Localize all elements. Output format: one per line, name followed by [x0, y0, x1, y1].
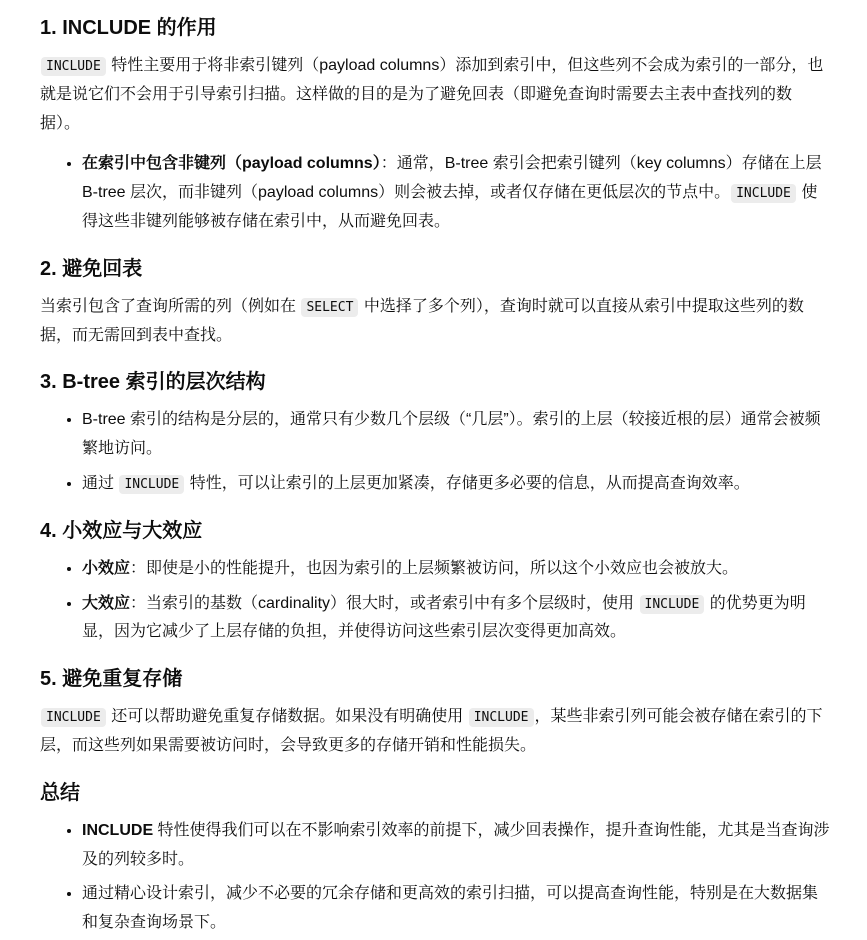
inline-code: SELECT [301, 298, 358, 317]
inline-code: INCLUDE [41, 708, 106, 727]
list-item: INCLUDE 特性使得我们可以在不影响索引效率的前提下，减少回表操作，提升查询… [82, 817, 830, 875]
document: 1. INCLUDE 的作用 INCLUDE 特性主要用于将非索引键列（payl… [0, 0, 867, 940]
paragraph: INCLUDE 特性主要用于将非索引键列（payload columns）添加到… [40, 52, 830, 138]
section-heading: 1. INCLUDE 的作用 [40, 14, 830, 42]
section-avoid-table-lookup: 2. 避免回表 当索引包含了查询所需的列（例如在 SELECT 中选择了多个列）… [40, 255, 830, 351]
text-run: 特性主要用于将非索引键列（payload columns）添加到索引中，但这些列… [40, 57, 823, 132]
section-avoid-duplicate-storage: 5. 避免重复存储 INCLUDE 还可以帮助避免重复存储数据。如果没有明确使用… [40, 665, 830, 761]
text-run: 特性，可以让索引的上层更加紧凑，存储更多必要的信息，从而提高查询效率。 [185, 475, 749, 492]
list-item: 通过精心设计索引，减少不必要的冗余存储和更高效的索引扫描，可以提高查询性能，特别… [82, 880, 830, 938]
list-item: 通过 INCLUDE 特性，可以让索引的上层更加紧凑，存储更多必要的信息，从而提… [82, 470, 830, 499]
bold-text: 大效应 [82, 595, 130, 612]
section-include-purpose: 1. INCLUDE 的作用 INCLUDE 特性主要用于将非索引键列（payl… [40, 14, 830, 237]
paragraph: 当索引包含了查询所需的列（例如在 SELECT 中选择了多个列），查询时就可以直… [40, 293, 830, 351]
text-run: 还可以帮助避免重复存储数据。如果没有明确使用 [107, 708, 468, 725]
inline-code: INCLUDE [640, 595, 705, 614]
section-summary: 总结 INCLUDE 特性使得我们可以在不影响索引效率的前提下，减少回表操作，提… [40, 779, 830, 938]
bullet-list: 小效应：即使是小的性能提升，也因为索引的上层频繁被访问，所以这个小效应也会被放大… [40, 555, 830, 647]
bullet-list: 在索引中包含非键列（payload columns）：通常，B-tree 索引会… [40, 150, 830, 236]
section-heading: 3. B-tree 索引的层次结构 [40, 368, 830, 396]
text-run: 通过 [82, 475, 118, 492]
text-run: ：即使是小的性能提升，也因为索引的上层频繁被访问，所以这个小效应也会被放大。 [130, 560, 738, 577]
inline-code: INCLUDE [41, 57, 106, 76]
paragraph: INCLUDE 还可以帮助避免重复存储数据。如果没有明确使用 INCLUDE，某… [40, 703, 830, 761]
section-heading: 4. 小效应与大效应 [40, 517, 830, 545]
text-run: ：当索引的基数（cardinality）很大时，或者索引中有多个层级时，使用 [130, 595, 638, 612]
section-heading: 总结 [40, 779, 830, 807]
list-item: 在索引中包含非键列（payload columns）：通常，B-tree 索引会… [82, 150, 830, 236]
text-run: 当索引包含了查询所需的列（例如在 [40, 298, 300, 315]
inline-code: INCLUDE [119, 475, 184, 494]
inline-code: INCLUDE [469, 708, 534, 727]
section-heading: 2. 避免回表 [40, 255, 830, 283]
text-run: B-tree 索引的结构是分层的，通常只有少数几个层级（“几层”）。索引的上层（… [82, 411, 821, 457]
section-small-and-big-effect: 4. 小效应与大效应 小效应：即使是小的性能提升，也因为索引的上层频繁被访问，所… [40, 517, 830, 647]
list-item: 小效应：即使是小的性能提升，也因为索引的上层频繁被访问，所以这个小效应也会被放大… [82, 555, 830, 584]
inline-code: INCLUDE [731, 184, 796, 203]
bullet-list: INCLUDE 特性使得我们可以在不影响索引效率的前提下，减少回表操作，提升查询… [40, 817, 830, 938]
list-item: B-tree 索引的结构是分层的，通常只有少数几个层级（“几层”）。索引的上层（… [82, 406, 830, 464]
text-run: 特性使得我们可以在不影响索引效率的前提下，减少回表操作，提升查询性能，尤其是当查… [82, 822, 830, 868]
bold-text: 在索引中包含非键列（payload columns） [82, 155, 381, 172]
section-heading: 5. 避免重复存储 [40, 665, 830, 693]
list-item: 大效应：当索引的基数（cardinality）很大时，或者索引中有多个层级时，使… [82, 590, 830, 648]
bold-text: 小效应 [82, 560, 130, 577]
bullet-list: B-tree 索引的结构是分层的，通常只有少数几个层级（“几层”）。索引的上层（… [40, 406, 830, 498]
text-run: 通过精心设计索引，减少不必要的冗余存储和更高效的索引扫描，可以提高查询性能，特别… [82, 885, 818, 931]
section-btree-hierarchy: 3. B-tree 索引的层次结构 B-tree 索引的结构是分层的，通常只有少… [40, 368, 830, 498]
bold-text: INCLUDE [82, 822, 153, 839]
